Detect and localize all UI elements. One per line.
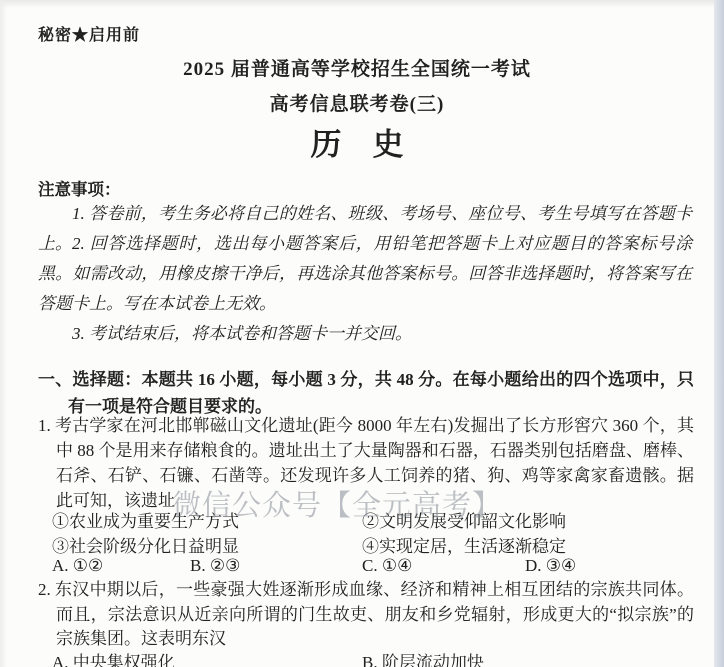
- notice-heading: 注意事项：: [38, 176, 121, 200]
- question-2-number: 2.: [38, 580, 51, 599]
- question-1-choice-b: B. ②③: [190, 556, 240, 576]
- notice-item-2: 2. 回答选择题时，选出每小题答案后，用铅笔把答题卡上对应题目的答案标号涂黑。如…: [38, 229, 692, 319]
- subject-title: 历 史: [0, 119, 714, 164]
- question-1-choice-d: D. ③④: [525, 556, 576, 576]
- classification-label: 秘密★启用前: [38, 22, 140, 45]
- question-2-choice-b: B. 阶层流动加快: [362, 648, 484, 667]
- question-2-choices: A. 中央集权强化 B. 阶层流动加快: [52, 648, 712, 667]
- exam-paper-page: 秘密★启用前 2025 届普通高等学校招生全国统一考试 高考信息联考卷(三) 历…: [0, 0, 724, 667]
- scan-top-shadow: [0, 0, 724, 8]
- question-1: 1.考古学家在河北邯郸磁山文化遗址(距今 8000 年左右)发掘出了长方形窖穴 …: [38, 413, 694, 513]
- exam-title-line1: 2025 届普通高等学校招生全国统一考试: [0, 54, 714, 81]
- section-heading: 一、选择题：本题共 16 小题，每小题 3 分，共 48 分。在每小题给出的四个…: [38, 366, 694, 420]
- scan-right-edge-shadow: [714, 0, 724, 667]
- question-1-number: 1.: [38, 416, 51, 435]
- question-2-choice-a: A. 中央集权强化: [52, 648, 175, 667]
- question-2: 2.东汉中期以后，一些豪强大姓逐渐形成血缘、经济和精神上相互团结的宗族共同体。而…: [38, 578, 694, 652]
- question-1-text: 考古学家在河北邯郸磁山文化遗址(距今 8000 年左右)发掘出了长方形窖穴 36…: [55, 416, 694, 510]
- exam-title-line2: 高考信息联考卷(三): [0, 89, 714, 116]
- question-1-statements: ①农业成为重要生产方式 ②文明发展受仰韶文化影响 ③社会阶级分化日益明显 ④实现…: [52, 509, 702, 559]
- statement-1: ①农业成为重要生产方式: [52, 509, 362, 534]
- question-1-choice-c: C. ①④: [362, 556, 412, 576]
- question-1-choice-a: A. ①②: [52, 556, 103, 576]
- statement-2: ②文明发展受仰韶文化影响: [362, 509, 702, 534]
- notice-item-3: 3. 考试结束后，将本试卷和答题卡一并交回。: [38, 319, 692, 349]
- question-2-text: 东汉中期以后，一些豪强大姓逐渐形成血缘、经济和精神上相互团结的宗族共同体。而且，…: [55, 580, 694, 648]
